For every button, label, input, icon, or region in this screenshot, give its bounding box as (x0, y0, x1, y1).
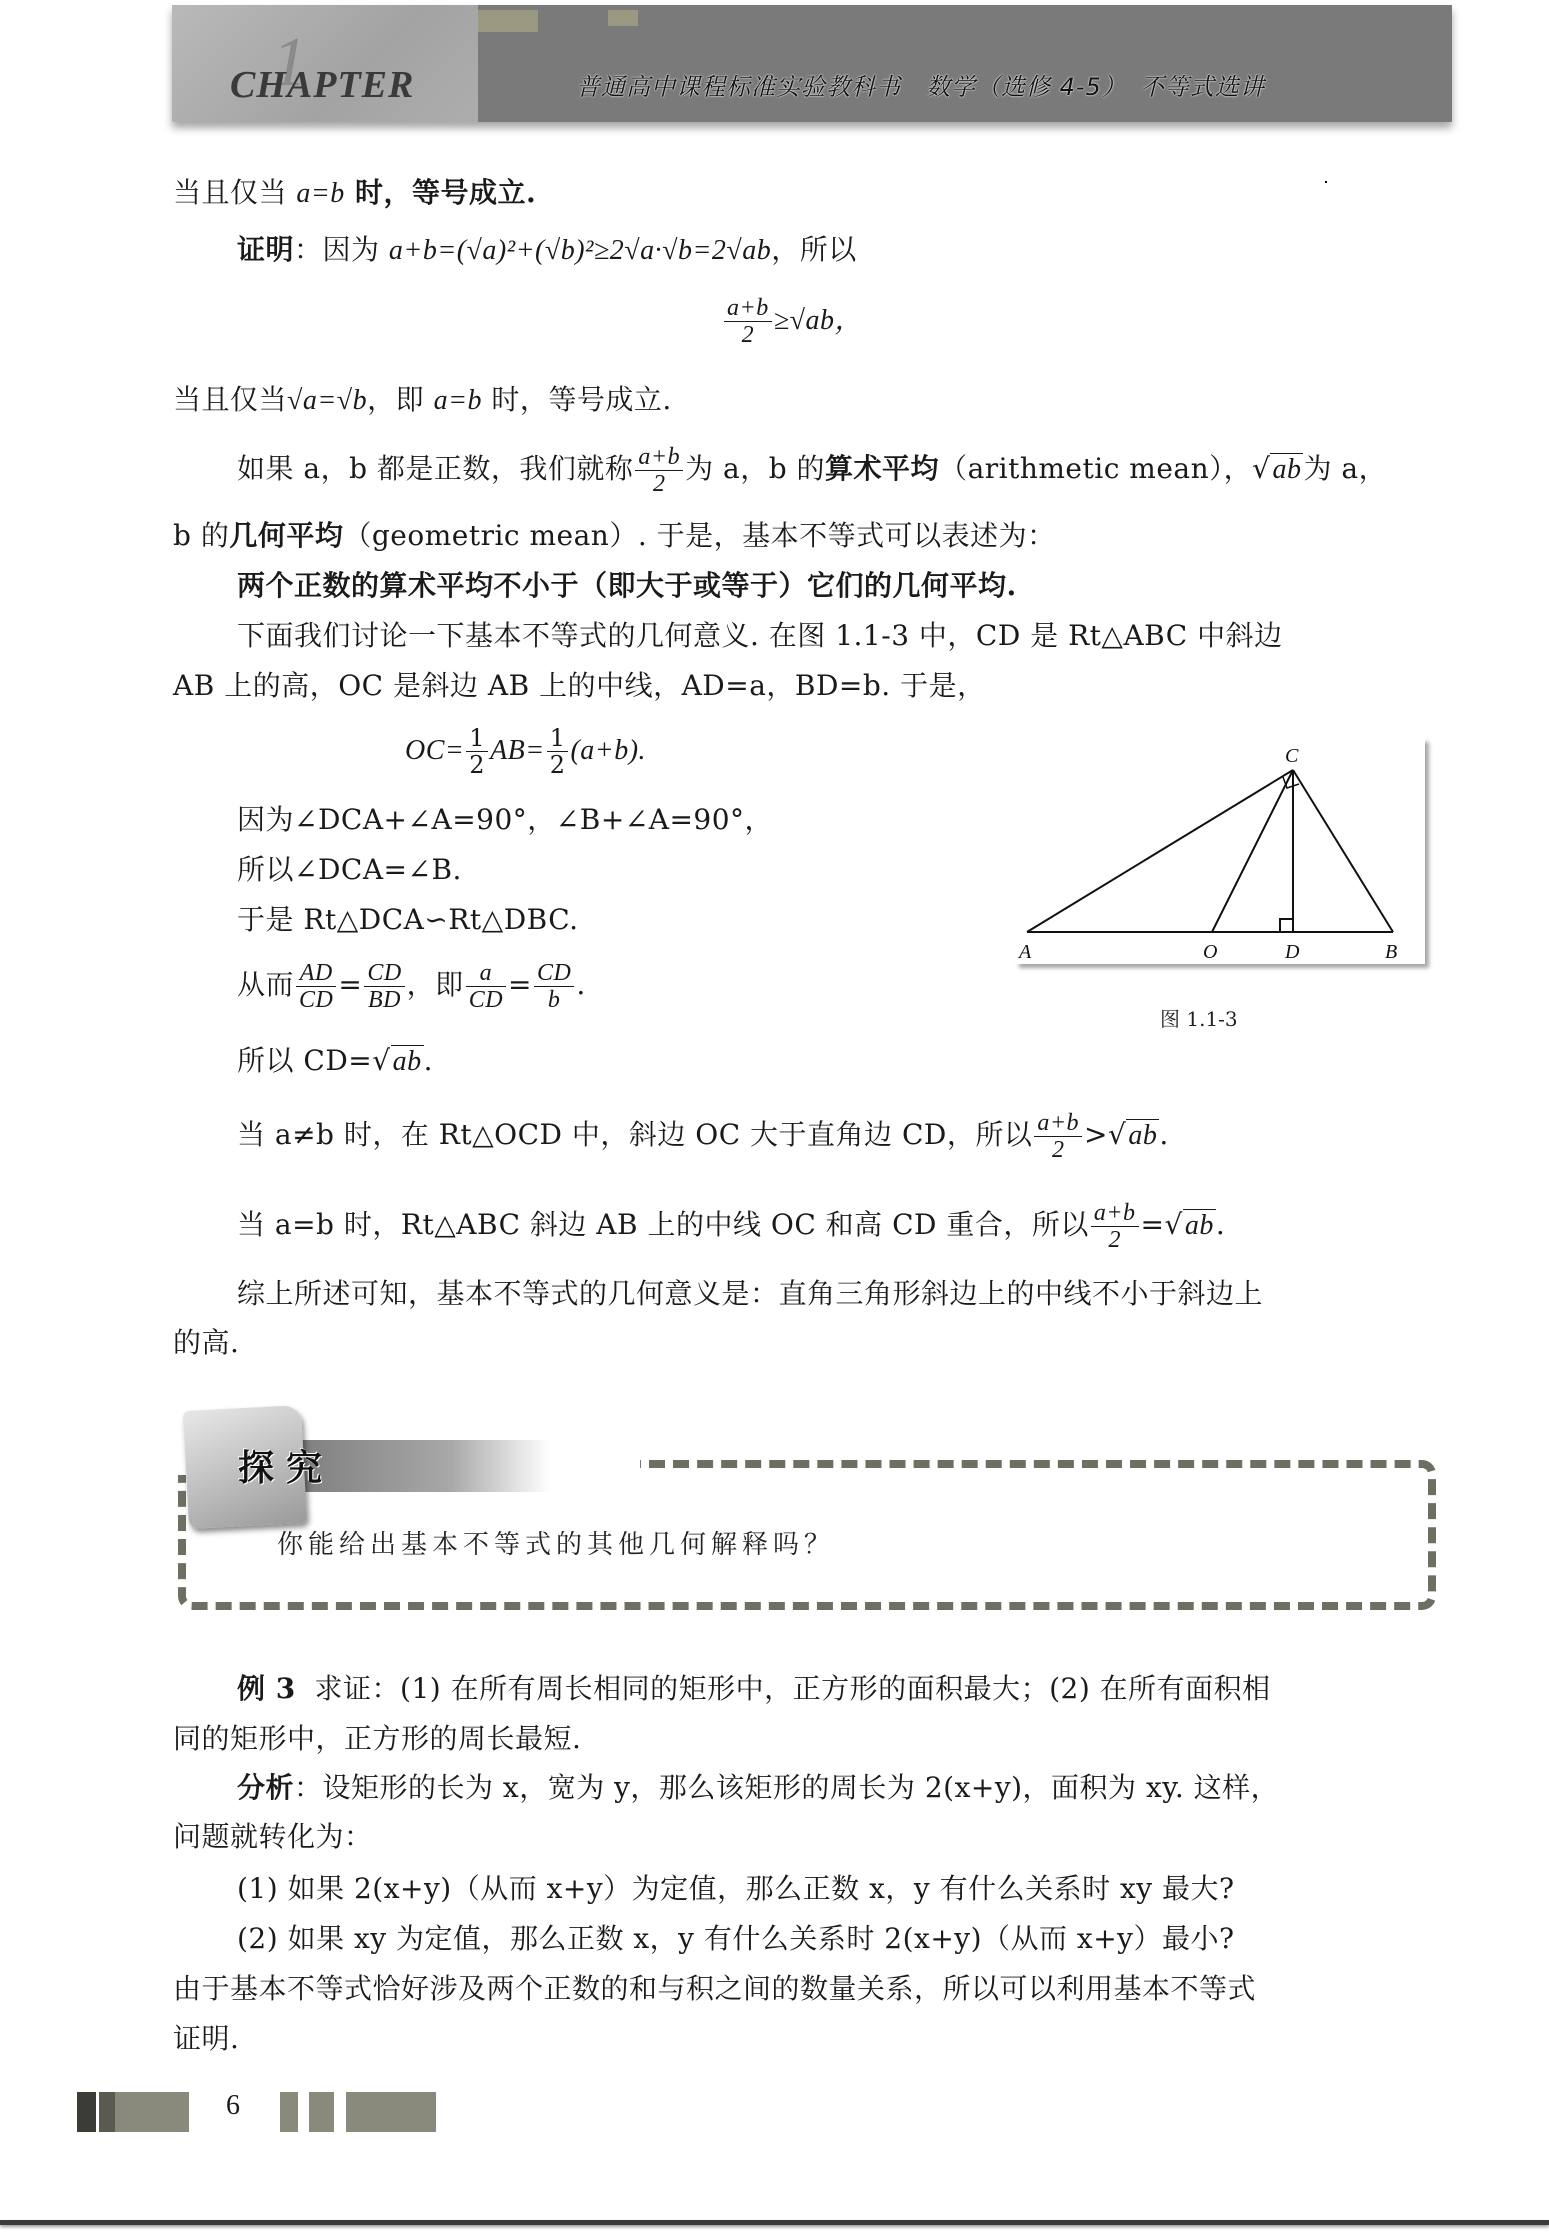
footer-bar (99, 2092, 115, 2132)
case-a-eq-b: 当 a=b 时，Rt△ABC 斜边 AB 上的中线 OC 和高 CD 重合，所以… (237, 1200, 1225, 1253)
similar-triangles: 于是 Rt△DCA∽Rt△DBC. (237, 903, 579, 937)
oc-formula: OC=12AB=12(a+b). (405, 725, 646, 778)
proof-line: 证明：因为 a+b=(√a)²+(√b)²≥2√a·√b=2√ab，所以 (237, 233, 857, 268)
summary-line-1: 综上所述可知，基本不等式的几何意义是：直角三角形斜边上的中线不小于斜边上 (237, 1277, 1263, 1311)
right-triangle-diagram: A O D B C (1015, 738, 1425, 964)
definition-line-2: b 的几何平均（geometric mean）. 于是，基本不等式可以表述为： (173, 519, 1056, 553)
basic-inequality-statement: 两个正数的算术平均不小于（即大于或等于）它们的几何平均. (237, 569, 1017, 603)
explore-label: 探究 (238, 1440, 334, 1491)
chapter-header: 1 CHAPTER 普通高中课程标准实验教科书 数学（选修 4-5） 不等式选讲 (172, 5, 1452, 122)
definition-line-1: 如果 a，b 都是正数，我们就称a+b2为 a，b 的算术平均（arithmet… (237, 444, 1387, 497)
term-arithmetic-mean: 算术平均 (825, 452, 939, 485)
angle-line-1: 因为∠DCA+∠A=90°，∠B+∠A=90°， (237, 803, 773, 837)
conclusion-line-2: 证明. (173, 2022, 239, 2056)
cd-result: 所以 CD=√ab. (237, 1044, 433, 1079)
geometry-intro-2: AB 上的高，OC 是斜边 AB 上的中线，AD=a，BD=b. 于是， (173, 669, 986, 703)
analysis-label: 分析 (237, 1771, 294, 1804)
analysis-line-2: 问题就转化为： (173, 1820, 373, 1854)
case-a-neq-b: 当 a≠b 时，在 Rt△OCD 中，斜边 OC 大于直角边 CD，所以a+b2… (237, 1110, 1169, 1163)
point-label-b: B (1385, 941, 1397, 963)
summary-line-2: 的高. (173, 1326, 239, 1360)
footer-bar (346, 2092, 436, 2132)
footer-bar (77, 2092, 96, 2132)
explore-band (300, 1440, 550, 1492)
header-accent (478, 10, 538, 32)
chapter-label: CHAPTER (230, 63, 414, 107)
conclusion-line-1: 由于基本不等式恰好涉及两个正数的和与积之间的数量关系，所以可以利用基本不等式 (173, 1972, 1256, 2006)
footer-bar (309, 2092, 334, 2132)
bottom-rule (0, 2220, 1549, 2225)
point-label-o: O (1203, 941, 1217, 963)
question-2: (2) 如果 xy 为定值，那么正数 x，y 有什么关系时 2(x+y)（从而 … (237, 1922, 1235, 1956)
equality-condition-2: 当且仅当√a=√b，即 a=b 时，等号成立. (173, 383, 672, 418)
footer-bar (280, 2092, 298, 2132)
angle-line-2: 所以∠DCA=∠B. (237, 853, 462, 887)
ratio-line: 从而ADCD=CDBD，即aCD=CDb. (237, 960, 586, 1013)
example-3-line-1: 例 3 求证：(1) 在所有周长相同的矩形中，正方形的面积最大；(2) 在所有面… (237, 1672, 1271, 1706)
point-label-d: D (1284, 941, 1300, 963)
speck (1325, 181, 1327, 183)
footer-bar (115, 2092, 189, 2132)
book-title: 普通高中课程标准实验教科书 数学（选修 4-5） 不等式选讲 (576, 67, 1265, 102)
question-1: (1) 如果 2(x+y)（从而 x+y）为定值，那么正数 x，y 有什么关系时… (237, 1872, 1235, 1906)
point-label-c: C (1285, 745, 1299, 767)
explore-question: 你能给出基本不等式的其他几何解释吗？ (277, 1524, 835, 1561)
proof-label: 证明 (237, 233, 294, 266)
am-gm-formula: a+b2≥√ab， (722, 295, 863, 348)
example-label: 例 3 (237, 1672, 296, 1705)
point-label-a: A (1017, 941, 1032, 963)
equality-condition: 当且仅当 a=b 时，等号成立. (173, 176, 536, 211)
geometry-intro-1: 下面我们讨论一下基本不等式的几何意义. 在图 1.1-3 中，CD 是 Rt△A… (237, 619, 1283, 653)
figure-caption: 图 1.1-3 (1160, 1003, 1238, 1032)
example-3-line-2: 同的矩形中，正方形的周长最短. (173, 1722, 581, 1756)
page-number: 6 (226, 2090, 240, 2122)
term-geometric-mean: 几何平均 (229, 519, 343, 552)
triangle-figure: A O D B C (1015, 738, 1425, 964)
header-accent (608, 10, 638, 26)
analysis-line-1: 分析：设矩形的长为 x，宽为 y，那么该矩形的周长为 2(x+y)，面积为 xy… (237, 1771, 1279, 1805)
